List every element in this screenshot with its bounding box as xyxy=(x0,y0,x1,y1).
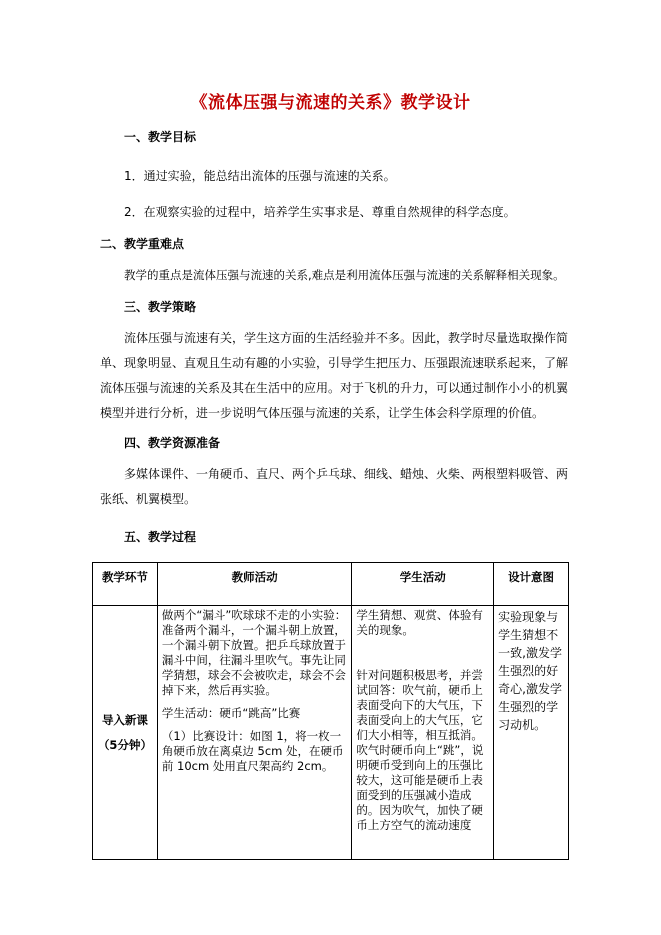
section-heading-strategy: 三、教学策略 xyxy=(124,298,196,315)
design-intent-cell: 实验现象与学生猜想不一致,激发学生强烈的好奇心,激发学生强烈的学习动机。 xyxy=(494,606,569,860)
teacher-activity-contest-title: 学生活动：硬币“跳高”比赛 xyxy=(162,706,348,721)
resources-body: 多媒体课件、一角硬币、直尺、两个乒乓球、细线、蜡烛、火柴、两根塑料吸管、两张纸、… xyxy=(100,462,572,512)
header-stage: 教学环节 xyxy=(93,563,158,606)
teacher-activity-experiment: 做两个“漏斗”吹球球不走的小实验：准备两个漏斗，一个漏斗朝上放置，一个漏斗朝下放… xyxy=(162,608,348,698)
teacher-activity-cell: 做两个“漏斗”吹球球不走的小实验：准备两个漏斗，一个漏斗朝上放置，一个漏斗朝下放… xyxy=(157,606,352,860)
stage-name: 导入新课 xyxy=(97,713,153,728)
header-design-intent: 设计意图 xyxy=(494,563,569,606)
section-heading-resources: 四、教学资源准备 xyxy=(124,434,220,451)
stage-cell: 导入新课 （5分钟） xyxy=(93,606,158,860)
teacher-activity-contest-design: （1）比赛设计：如图 1，将一枚一角硬币放在离桌边 5cm 处，在硬币前 10c… xyxy=(162,729,348,774)
teaching-process-table: 教学环节 教师活动 学生活动 设计意图 导入新课 （5分钟） 做两个“漏斗”吹球… xyxy=(92,562,569,860)
stage-duration: （5分钟） xyxy=(97,738,153,753)
design-intent-text: 实验现象与学生猜想不一致,激发学生强烈的好奇心,激发学生强烈的学习动机。 xyxy=(498,608,564,734)
goal-item-2: 2．在观察实验的过程中，培养学生实事求是、尊重自然规律的科学态度。 xyxy=(124,200,564,224)
key-points-body: 教学的重点是流体压强与流速的关系,难点是利用流体压强与流速的关系解释相关现象。 xyxy=(124,263,584,287)
table-header-row: 教学环节 教师活动 学生活动 设计意图 xyxy=(93,563,569,606)
document-title: 《流体压强与流速的关系》教学设计 xyxy=(0,88,661,113)
strategy-body: 流体压强与流速有关，学生这方面的生活经验并不多。因此，教学时尽量选取操作简单、现… xyxy=(100,326,572,426)
table-row: 导入新课 （5分钟） 做两个“漏斗”吹球球不走的小实验：准备两个漏斗，一个漏斗朝… xyxy=(93,606,569,860)
student-activity-guess: 学生猜想、观赏、体验有关的现象。 xyxy=(356,608,489,638)
header-student-activity: 学生活动 xyxy=(352,563,494,606)
student-activity-answer: 针对问题积极思考，并尝试回答：吹气前，硬币上表面受向下的大气压，下表面受向上的大… xyxy=(356,668,489,833)
student-activity-cell: 学生猜想、观赏、体验有关的现象。 针对问题积极思考，并尝试回答：吹气前，硬币上表… xyxy=(352,606,494,860)
section-heading-key-points: 二、教学重难点 xyxy=(100,235,184,252)
section-heading-process: 五、教学过程 xyxy=(124,528,196,545)
header-teacher-activity: 教师活动 xyxy=(157,563,352,606)
section-heading-goals: 一、教学目标 xyxy=(124,128,196,145)
goal-item-1: 1．通过实验，能总结出流体的压强与流速的关系。 xyxy=(124,164,564,188)
